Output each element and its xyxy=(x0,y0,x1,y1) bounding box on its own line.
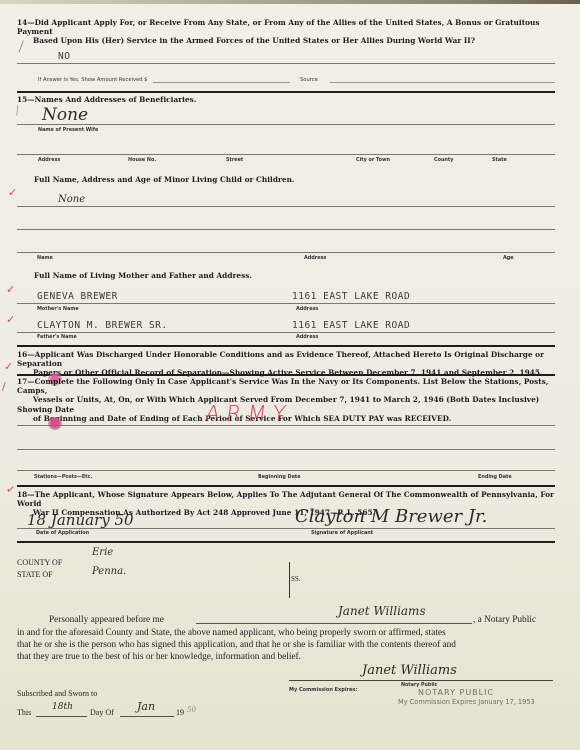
father-name-value: CLAYTON M. BREWER SR. xyxy=(37,320,168,331)
amount-field[interactable] xyxy=(153,82,290,83)
section-divider xyxy=(17,485,555,487)
day-of-label: Day Of xyxy=(90,707,114,719)
father-name-label: Father's Name xyxy=(37,334,77,340)
document-page: 14—Did Applicant Apply For, or Receive F… xyxy=(0,0,580,750)
day-value: 18th xyxy=(52,702,73,712)
month-field-line xyxy=(120,716,174,717)
mother-address-value: 1161 EAST LAKE ROAD xyxy=(292,291,410,302)
month-value: Jan xyxy=(137,700,155,713)
q14-question: 14—Did Applicant Apply For, or Receive F… xyxy=(17,18,562,46)
mother-name-value: GENEVA BREWER xyxy=(37,291,118,302)
application-date-value: 18 January 50 xyxy=(27,511,134,529)
children-line-1 xyxy=(17,206,555,207)
notary-signature: Janet Williams xyxy=(362,663,457,678)
red-check-icon: ✓ xyxy=(5,482,16,496)
q14-text-line2: Based Upon His (Her) Service in the Arme… xyxy=(17,36,475,45)
commission-expires-label: My Commission Expires: xyxy=(289,687,357,693)
notary-stamp-commission: My Commission Expires January 17, 1953 xyxy=(398,698,535,706)
red-check-icon: ✓ xyxy=(6,313,15,326)
mother-line xyxy=(17,303,555,304)
scan-edge-shadow xyxy=(0,0,580,4)
children-line-3 xyxy=(17,252,555,253)
q14-answer-line xyxy=(17,63,555,64)
ink-stain xyxy=(48,417,62,430)
address-line xyxy=(17,154,555,155)
notary-name-line xyxy=(196,623,472,624)
q16-number: 16— xyxy=(17,350,35,359)
house-no-label: House No. xyxy=(128,157,156,163)
red-check-icon: ✓ xyxy=(6,283,15,296)
notary-para-line3: that he or she is the person who has sig… xyxy=(17,639,562,651)
year-value: 50 xyxy=(187,706,196,714)
ss-bracket xyxy=(289,562,290,598)
wife-name-line xyxy=(17,124,555,125)
street-label: Street xyxy=(226,157,243,163)
q17-text-line1: Complete the Following Only In Case Appl… xyxy=(17,377,548,395)
q18-number: 18— xyxy=(17,490,35,499)
applicant-signature: Clayton M Brewer Jr. xyxy=(295,506,487,527)
wife-name-label: Name of Present Wife xyxy=(38,127,98,133)
section-divider xyxy=(17,541,555,543)
notary-para-line4: that they are true to the best of his or… xyxy=(17,651,562,663)
q15-heading: 15—Names And Addresses of Beneficiaries. xyxy=(17,95,196,104)
address-label: Address xyxy=(38,157,60,163)
source-field[interactable] xyxy=(330,82,555,83)
parents-heading: Full Name of Living Mother and Father an… xyxy=(34,271,252,280)
father-line xyxy=(17,332,555,333)
stations-label: Stations—Posts—Etc. xyxy=(34,474,92,480)
stations-line-2 xyxy=(17,449,555,450)
children-heading: Full Name, Address and Age of Minor Livi… xyxy=(34,175,295,184)
county-label: COUNTY OF xyxy=(17,557,62,569)
q14-answer: NO xyxy=(58,51,70,62)
ending-date-label: Ending Date xyxy=(478,474,512,480)
date-signature-line xyxy=(17,528,555,529)
city-label: City or Town xyxy=(356,157,390,163)
notary-para-line2: in and for the aforesaid County and Stat… xyxy=(17,627,562,639)
wife-name-value: None xyxy=(42,105,88,125)
day-field-line xyxy=(36,716,87,717)
state-label: STATE OF xyxy=(17,569,53,581)
red-check-icon: / xyxy=(2,380,6,393)
applicant-signature-label: Signature of Applicant xyxy=(311,530,373,536)
beginning-date-label: Beginning Date xyxy=(258,474,301,480)
county-value: Erie xyxy=(92,547,113,558)
red-check-icon: ⟋ xyxy=(11,103,25,119)
notary-para-line1-a: Personally appeared before me xyxy=(49,614,164,626)
father-address-label: Address xyxy=(296,334,318,340)
year-prefix: 19 xyxy=(176,707,184,719)
ss-label: SS. xyxy=(291,573,301,585)
children-line-2 xyxy=(17,229,555,230)
mother-address-label: Address xyxy=(296,306,318,312)
state-label: State xyxy=(492,157,507,163)
children-value: None xyxy=(58,194,85,205)
state-value: Penna. xyxy=(92,566,126,577)
notary-name-signature: Janet Williams xyxy=(338,604,426,618)
q17-number: 17— xyxy=(17,377,35,386)
red-check-icon: ✓ xyxy=(8,186,17,199)
section-divider xyxy=(17,374,555,376)
stations-line-3 xyxy=(17,470,555,471)
red-check-icon: ✓ xyxy=(4,360,13,373)
child-name-label: Name xyxy=(37,255,53,261)
subscribed-label: Subscribed and Sworn to xyxy=(17,688,97,700)
q15-number: 15— xyxy=(17,95,35,104)
county-label: County xyxy=(434,157,453,163)
q14-text-line1: Did Applicant Apply For, or Receive From… xyxy=(17,18,540,36)
mother-name-label: Mother's Name xyxy=(37,306,79,312)
notary-stamp-title: NOTARY PUBLIC xyxy=(418,688,494,697)
amount-label: If Answer is Yes, Show Amount Received $ xyxy=(38,77,147,83)
section-divider xyxy=(17,91,555,93)
q15-text: Names And Addresses of Beneficiaries. xyxy=(35,95,197,104)
child-address-label: Address xyxy=(304,255,326,261)
q17-handwritten-value: ARMY xyxy=(203,402,293,427)
notary-para-line1-b: , a Notary Public xyxy=(473,614,536,626)
q16-text-line1: Applicant Was Discharged Under Honorable… xyxy=(17,350,544,368)
q14-number: 14— xyxy=(17,18,35,27)
source-label: Source xyxy=(300,77,318,83)
section-divider xyxy=(17,345,555,347)
this-label: This xyxy=(17,707,31,719)
application-date-label: Date of Application xyxy=(36,530,89,536)
father-address-value: 1161 EAST LAKE ROAD xyxy=(292,320,410,331)
commission-line xyxy=(289,680,553,681)
child-age-label: Age xyxy=(503,255,514,261)
stations-line-1 xyxy=(17,425,555,426)
